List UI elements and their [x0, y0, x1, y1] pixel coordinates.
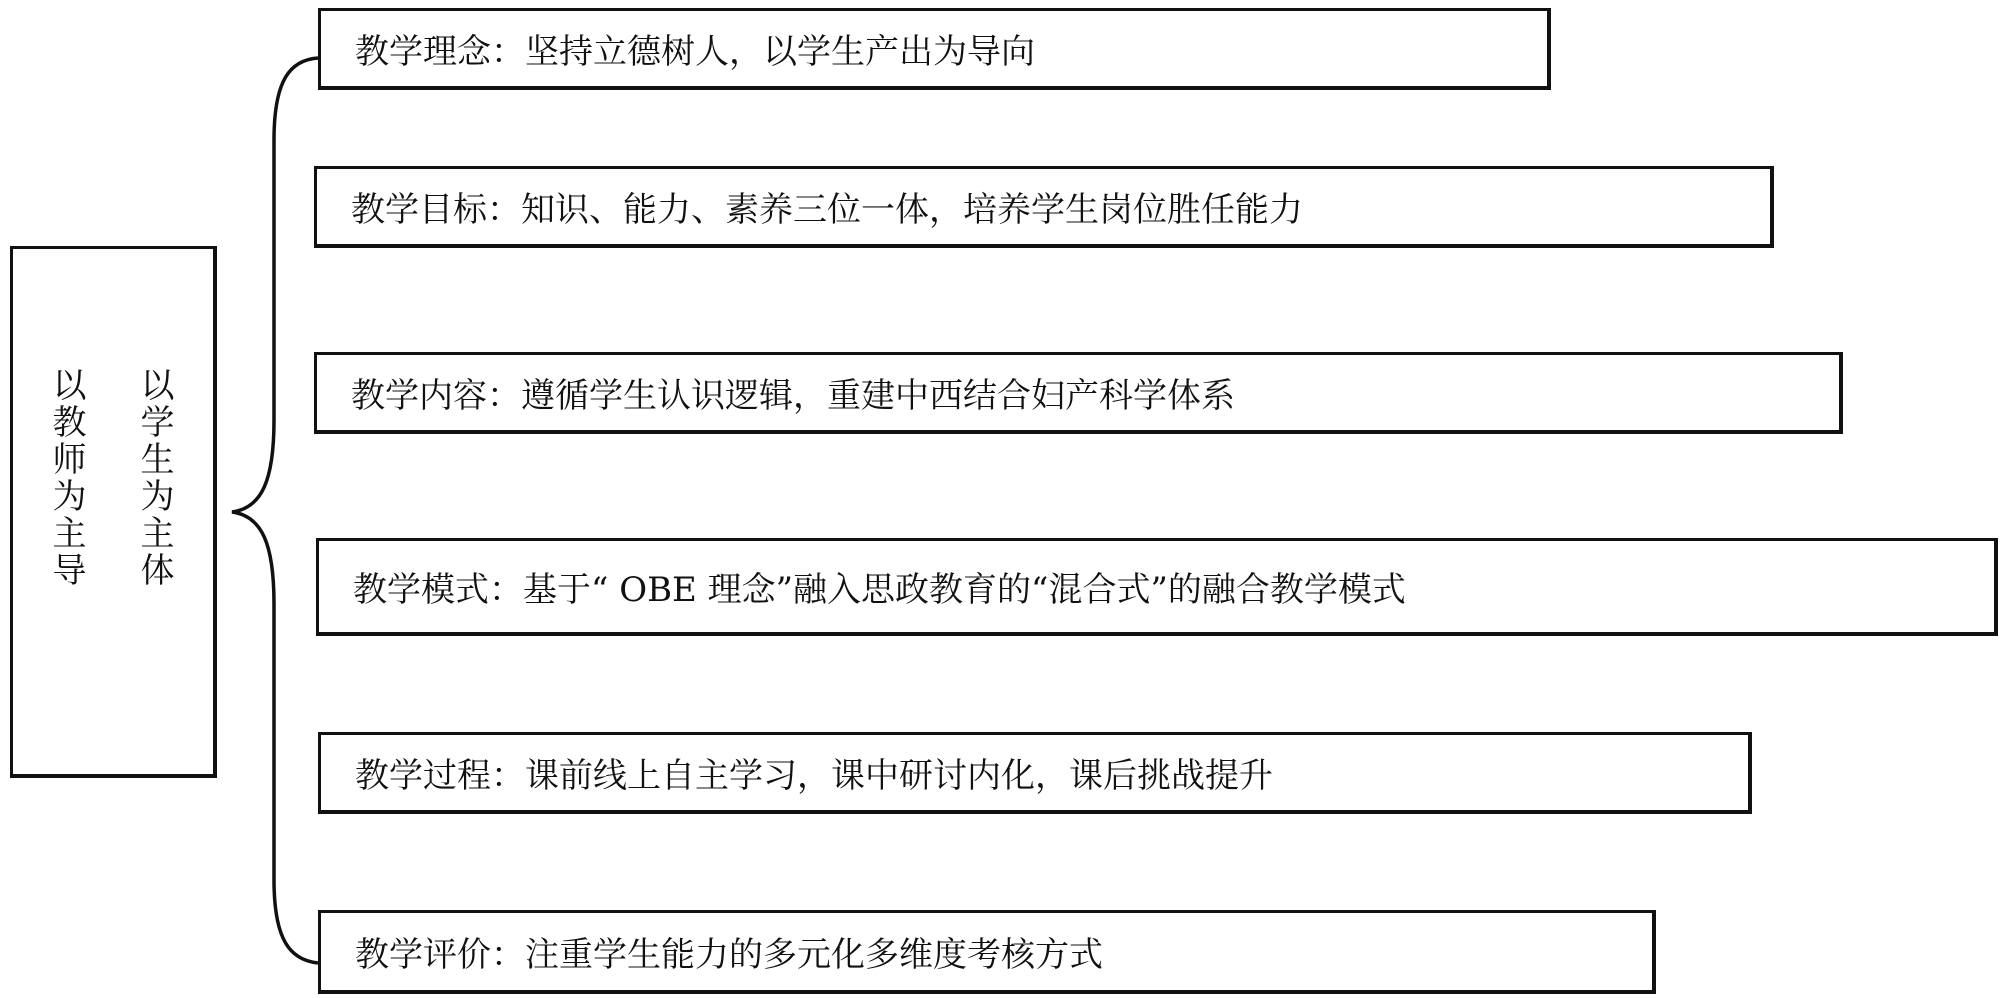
item-teaching-evaluation: 教学评价：注重学生能力的多元化多维度考核方式	[318, 910, 1656, 994]
item-label: 教学内容：遵循学生认识逻辑，重建中西结合妇产科学体系	[351, 368, 1235, 417]
item-label: 教学目标：知识、能力、素养三位一体，培养学生岗位胜任能力	[351, 182, 1303, 231]
item-teaching-philosophy: 教学理念：坚持立德树人，以学生产出为导向	[318, 8, 1551, 90]
curly-brace-connector	[0, 0, 2000, 998]
item-label: 教学过程：课前线上自主学习，课中研讨内化，课后挑战提升	[355, 748, 1273, 797]
teacher-led-label: 以教师为主导	[49, 367, 83, 589]
item-label: 教学模式：基于“ OBE 理念”融入思政教育的“混合式”的融合教学模式	[353, 562, 1406, 611]
item-teaching-process: 教学过程：课前线上自主学习，课中研讨内化，课后挑战提升	[318, 732, 1752, 814]
item-teaching-mode: 教学模式：基于“ OBE 理念”融入思政教育的“混合式”的融合教学模式	[316, 538, 1998, 636]
item-label: 教学评价：注重学生能力的多元化多维度考核方式	[355, 927, 1103, 976]
student-centered-label: 以学生为主体	[137, 367, 171, 589]
item-teaching-objectives: 教学目标：知识、能力、素养三位一体，培养学生岗位胜任能力	[314, 166, 1774, 248]
item-label: 教学理念：坚持立德树人，以学生产出为导向	[355, 24, 1035, 73]
left-panel-box: 以教师为主导 以学生为主体	[10, 246, 217, 778]
item-teaching-content: 教学内容：遵循学生认识逻辑，重建中西结合妇产科学体系	[314, 352, 1843, 434]
